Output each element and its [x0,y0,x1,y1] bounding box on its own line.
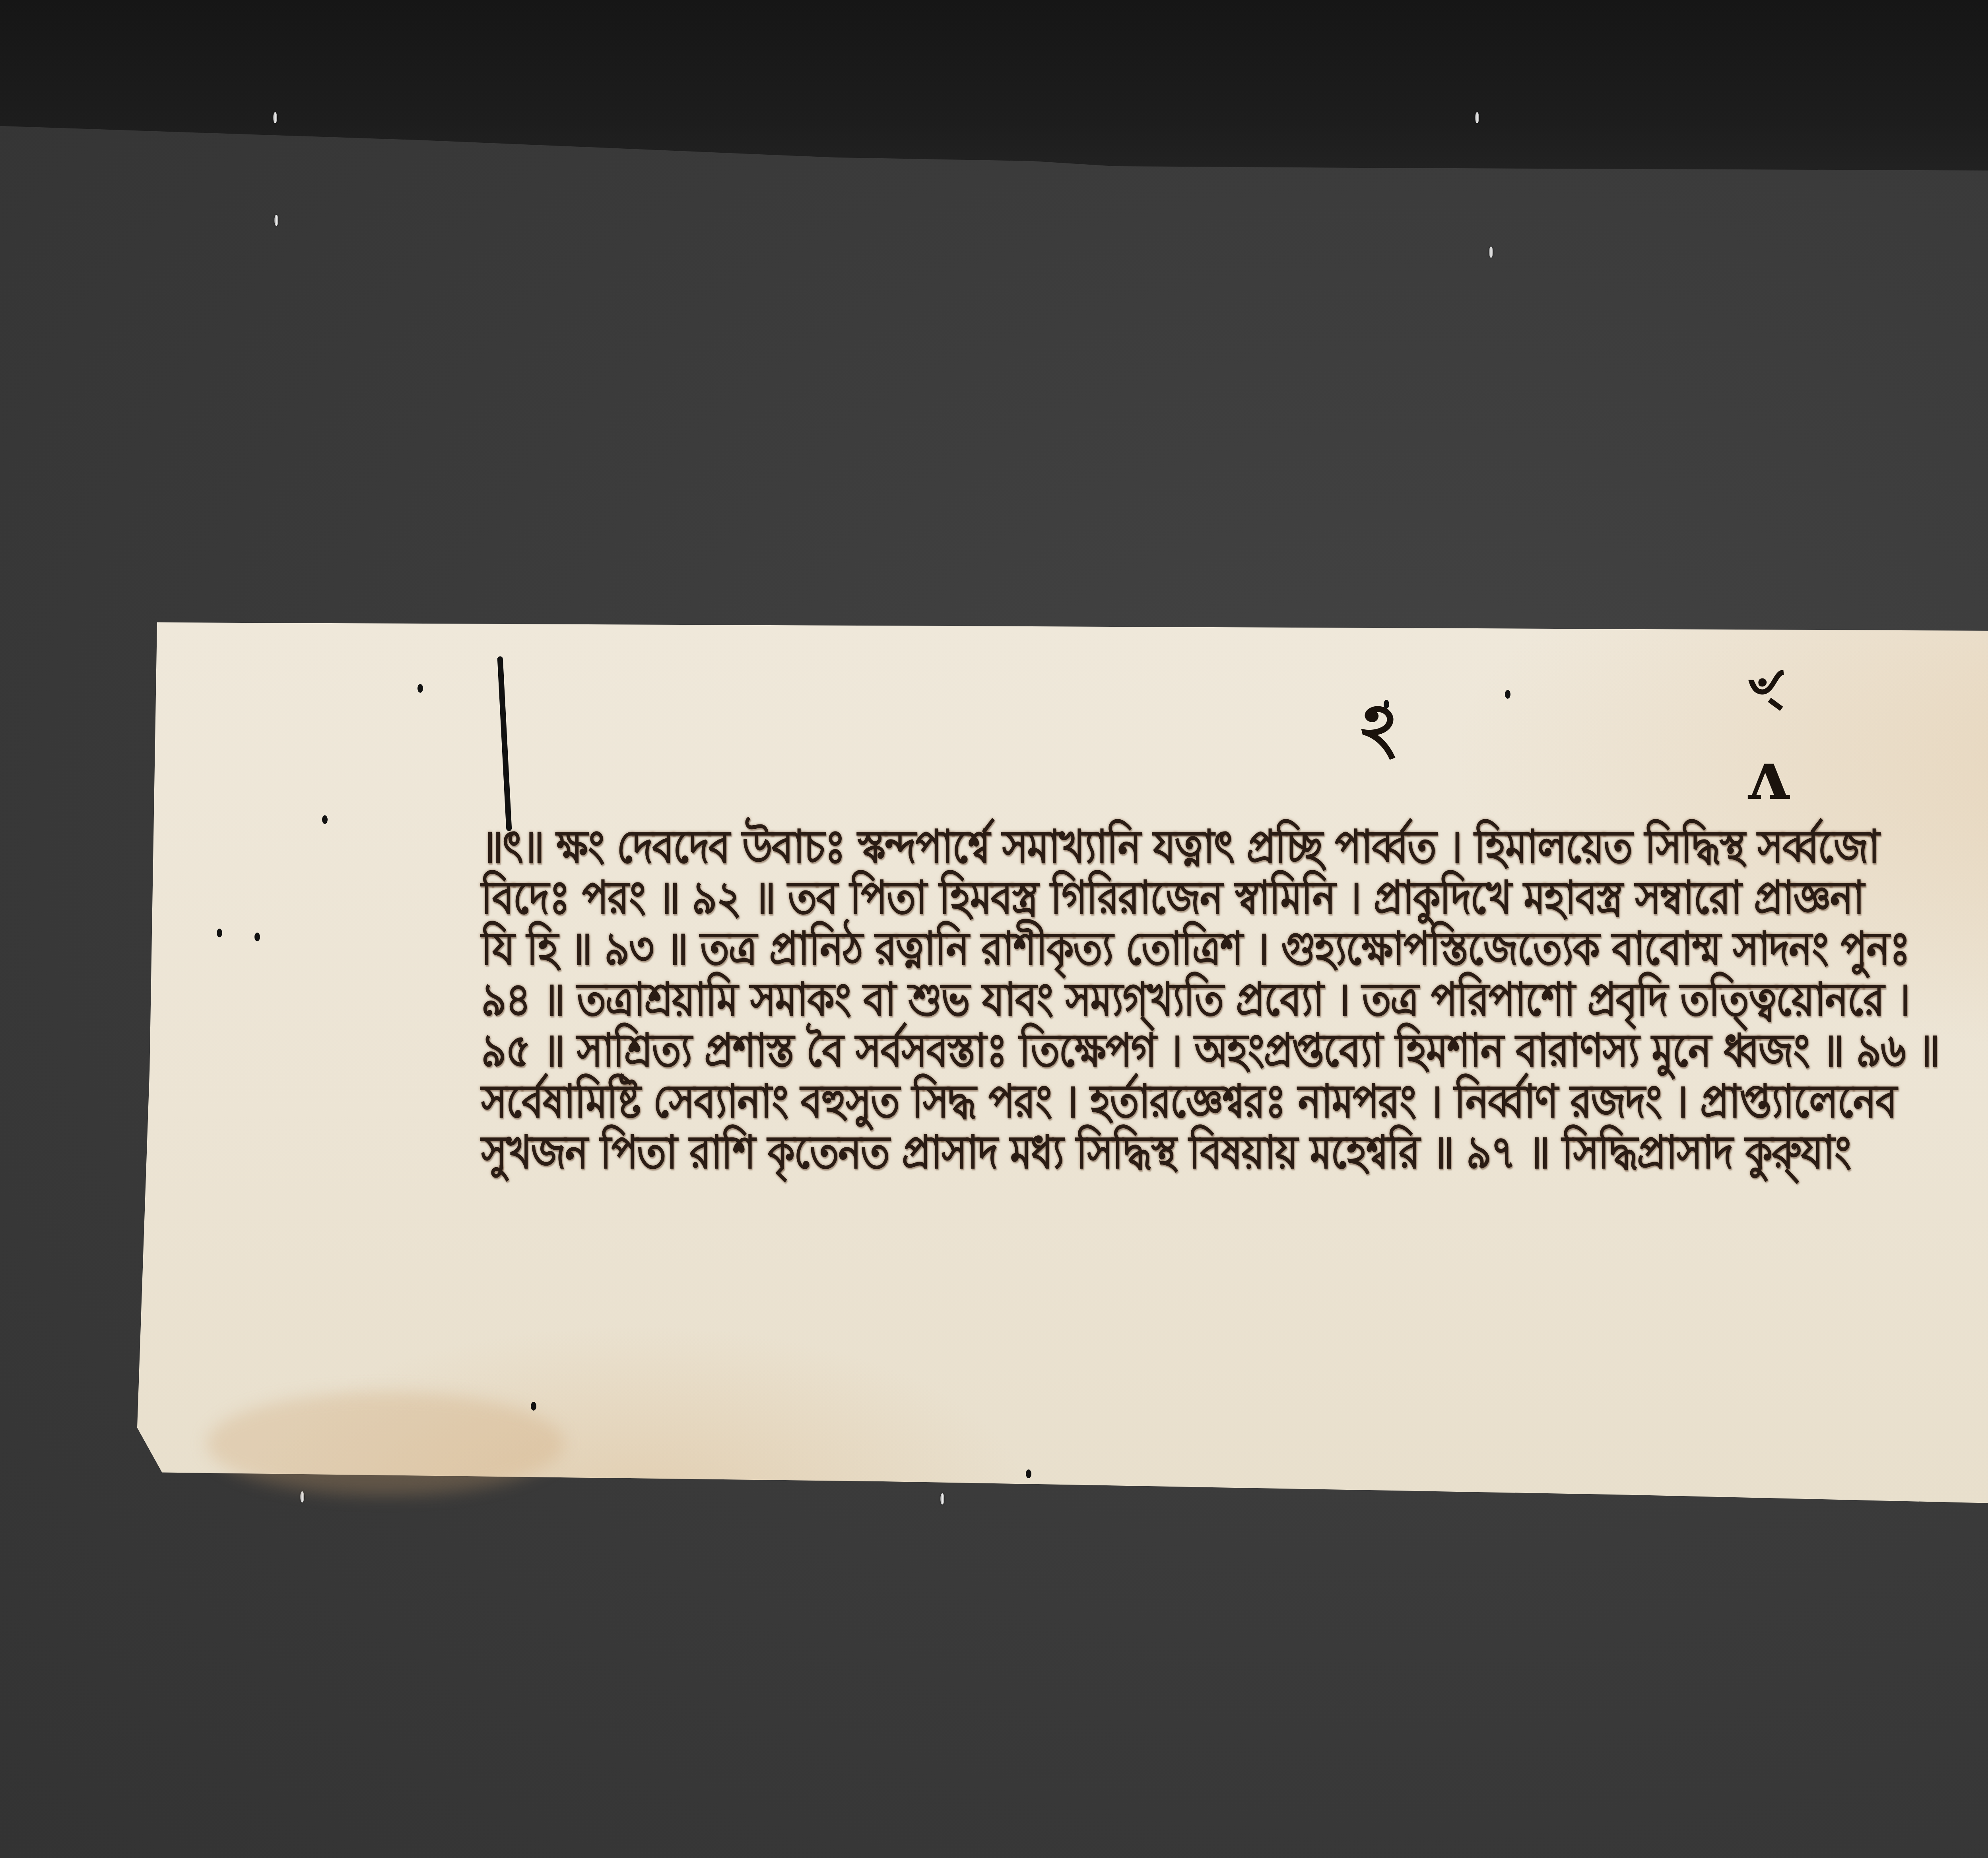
text-line-7: সুখজন পিতা রাশি কৃতেনত প্রাসাদ মধ্য সিদ্… [481,1123,1988,1183]
ink-dot [322,815,328,824]
ink-dot [1026,1469,1031,1478]
mounting-pin [274,215,278,226]
manuscript-text-block: ॥ৎ॥ ক্ষং দেবদেব উবাচঃ স্কন্দপার্শ্বে সমা… [481,817,1988,1174]
ink-dot [217,929,222,937]
ink-dot [1505,690,1510,699]
upper-dark-board [0,0,1988,175]
mounting-pin [1475,112,1479,123]
ink-dot [417,684,423,693]
water-stain [207,1392,565,1495]
mounting-pin [300,1491,304,1502]
ink-dot [254,933,260,941]
top-margin-caret: ʌ [1745,736,1789,815]
ink-dot [1384,700,1389,709]
ink-dot [531,1402,536,1411]
top-margin-mark-right: ৼ [1749,656,1783,732]
mounting-pin [1489,247,1493,258]
mounting-pin [273,112,277,123]
mounting-pin [940,1493,944,1504]
